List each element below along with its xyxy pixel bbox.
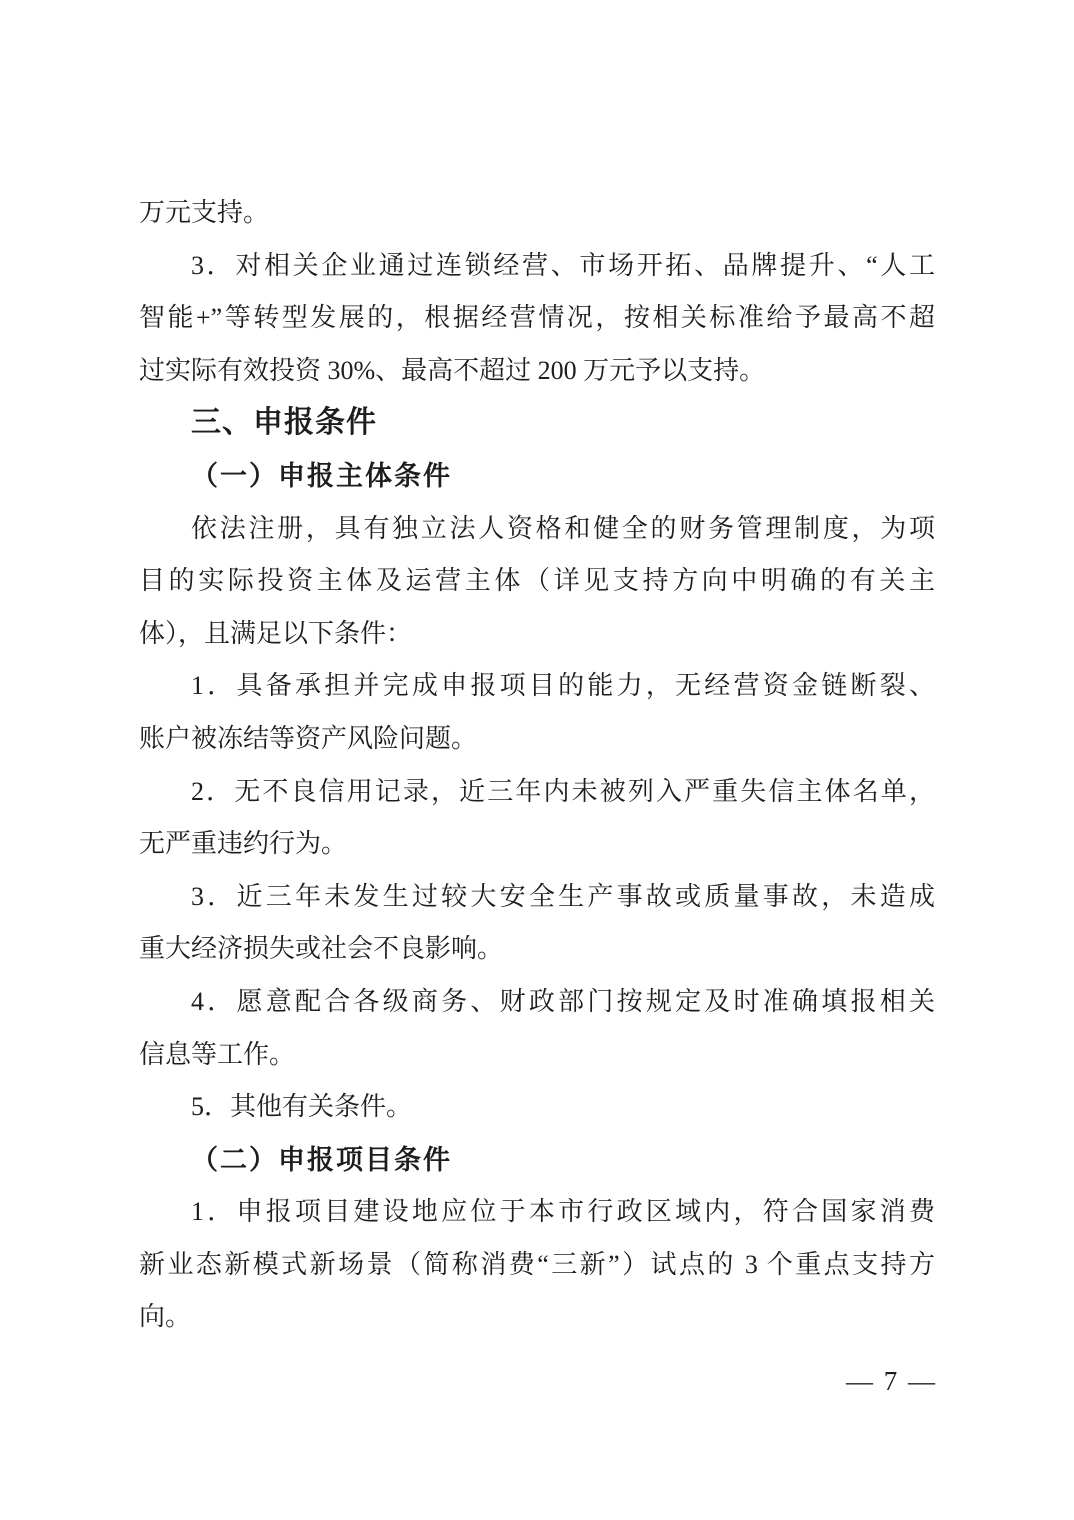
text-line: 3．对相关企业通过连锁经营、市场开拓、品牌提升、“人工 xyxy=(139,240,935,293)
text-line: 2．无不良信用记录，近三年内未被列入严重失信主体名单， xyxy=(139,766,935,819)
paragraph: 5．其他有关条件。 xyxy=(139,1081,935,1134)
text-line: （二）申报项目条件 xyxy=(139,1134,935,1187)
text-line: 1．申报项目建设地应位于本市行政区域内，符合国家消费 xyxy=(139,1186,935,1239)
paragraph: 依法注册，具有独立法人资格和健全的财务管理制度，为项目的实际投资主体及运营主体（… xyxy=(139,503,935,661)
text-line: 体），且满足以下条件： xyxy=(139,608,935,661)
text-line: 账户被冻结等资产风险问题。 xyxy=(139,713,935,766)
paragraph: 1．申报项目建设地应位于本市行政区域内，符合国家消费新业态新模式新场景（简称消费… xyxy=(139,1186,935,1344)
page-number: — 7 — xyxy=(846,1364,937,1398)
text-line: 无严重违约行为。 xyxy=(139,818,935,871)
text-line: 信息等工作。 xyxy=(139,1029,935,1082)
text-line: 4．愿意配合各级商务、财政部门按规定及时准确填报相关 xyxy=(139,976,935,1029)
text-line: （一）申报主体条件 xyxy=(139,450,935,503)
text-line: 依法注册，具有独立法人资格和健全的财务管理制度，为项 xyxy=(139,503,935,556)
section-heading: （一）申报主体条件 xyxy=(139,450,935,503)
text-line: 三、申报条件 xyxy=(139,397,935,450)
text-line: 过实际有效投资 30%、最高不超过 200 万元予以支持。 xyxy=(139,345,935,398)
text-line: 目的实际投资主体及运营主体（详见支持方向中明确的有关主 xyxy=(139,555,935,608)
paragraph: 4．愿意配合各级商务、财政部门按规定及时准确填报相关信息等工作。 xyxy=(139,976,935,1081)
text-line: 新业态新模式新场景（简称消费“三新”）试点的 3 个重点支持方 xyxy=(139,1239,935,1292)
text-line: 1．具备承担并完成申报项目的能力，无经营资金链断裂、 xyxy=(139,660,935,713)
paragraph: 万元支持。 xyxy=(139,187,935,240)
document-page: 万元支持。3．对相关企业通过连锁经营、市场开拓、品牌提升、“人工智能+”等转型发… xyxy=(0,0,1074,1520)
paragraph: 3．对相关企业通过连锁经营、市场开拓、品牌提升、“人工智能+”等转型发展的，根据… xyxy=(139,240,935,398)
text-line: 向。 xyxy=(139,1291,935,1344)
paragraph: 1．具备承担并完成申报项目的能力，无经营资金链断裂、账户被冻结等资产风险问题。 xyxy=(139,660,935,765)
section-heading: （二）申报项目条件 xyxy=(139,1134,935,1187)
paragraph: 3．近三年未发生过较大安全生产事故或质量事故，未造成重大经济损失或社会不良影响。 xyxy=(139,871,935,976)
text-line: 重大经济损失或社会不良影响。 xyxy=(139,923,935,976)
text-line: 5．其他有关条件。 xyxy=(139,1081,935,1134)
paragraph: 2．无不良信用记录，近三年内未被列入严重失信主体名单，无严重违约行为。 xyxy=(139,766,935,871)
text-line: 万元支持。 xyxy=(139,187,935,240)
text-line: 3．近三年未发生过较大安全生产事故或质量事故，未造成 xyxy=(139,871,935,924)
text-line: 智能+”等转型发展的，根据经营情况，按相关标准给予最高不超 xyxy=(139,292,935,345)
document-body: 万元支持。3．对相关企业通过连锁经营、市场开拓、品牌提升、“人工智能+”等转型发… xyxy=(139,187,935,1344)
section-heading: 三、申报条件 xyxy=(139,397,935,450)
